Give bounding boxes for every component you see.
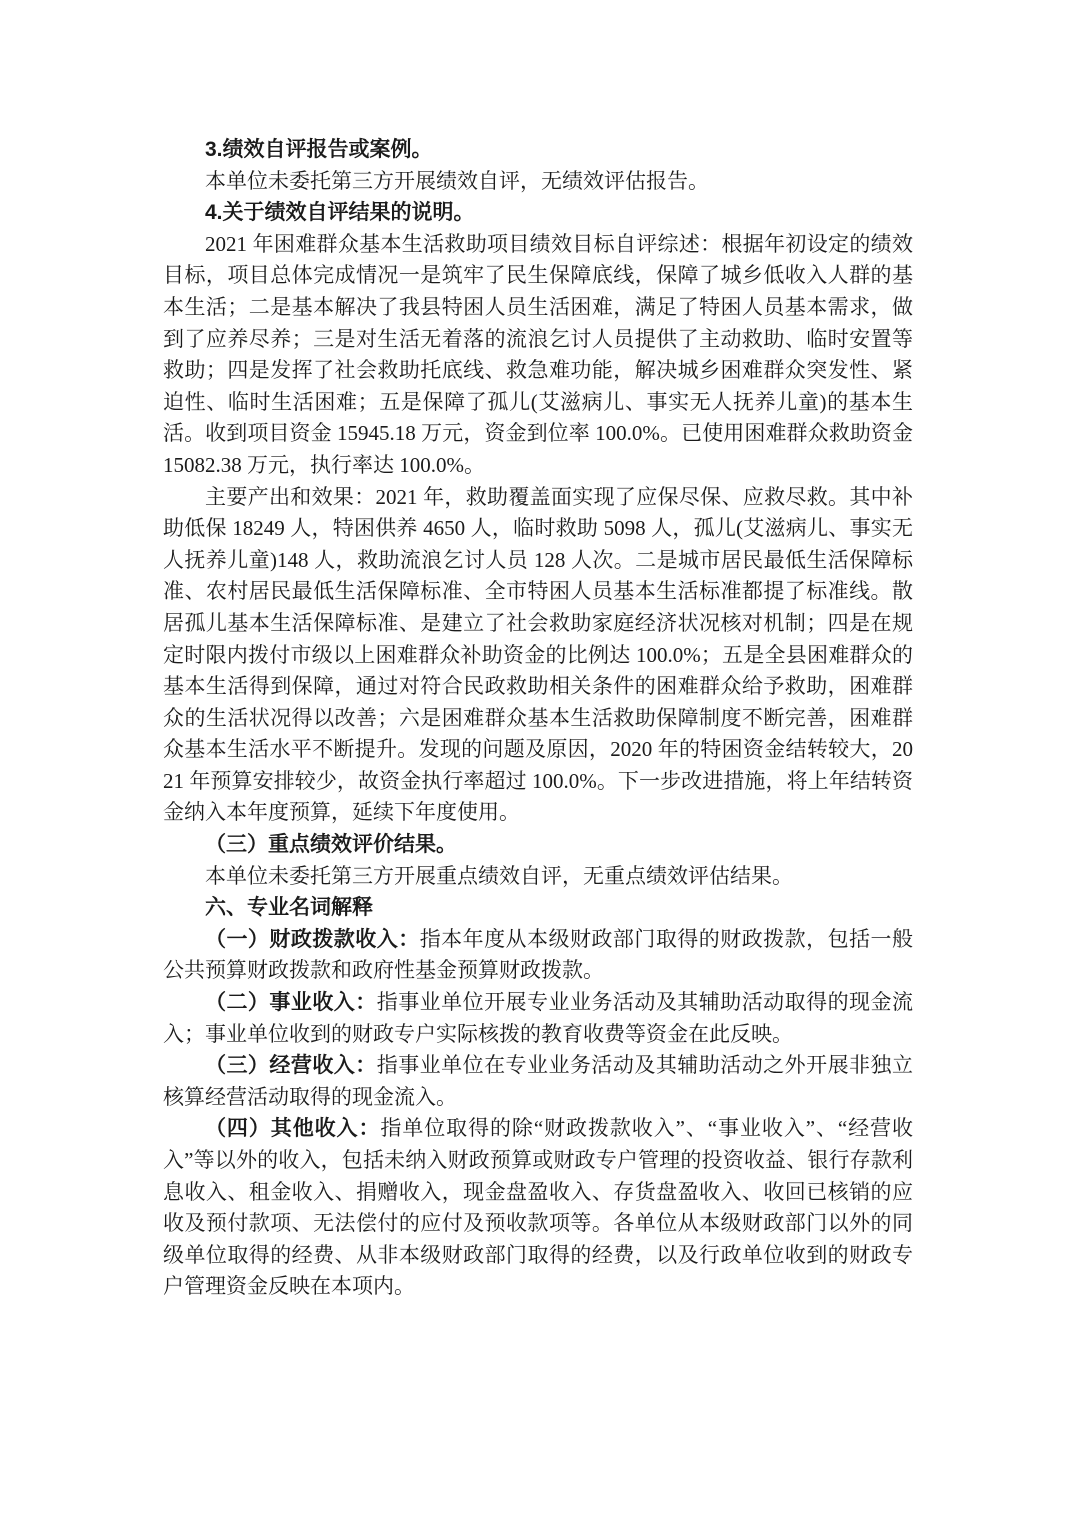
para-term-other-income: （四）其他收入：指单位取得的除“财政拨款收入”、“事业收入”、“经营收入”等以外… xyxy=(163,1113,913,1303)
para-key-performance-note: 本单位未委托第三方开展重点绩效自评，无重点绩效评估结果。 xyxy=(163,861,913,893)
term-label-fiscal-appropriation-income: （一）财政拨款收入： xyxy=(205,928,420,951)
heading-terms-glossary: 六、专业名词解释 xyxy=(163,892,913,924)
term-label-business-income: （二）事业收入： xyxy=(205,991,377,1014)
para-term-fiscal-appropriation-income: （一）财政拨款收入：指本年度从本级财政部门取得的财政拨款，包括一般公共预算财政拨… xyxy=(163,924,913,987)
term-definition-other-income: 指单位取得的除“财政拨款收入”、“事业收入”、“经营收入”等以外的收入，包括未纳… xyxy=(163,1116,913,1298)
heading-self-eval-result-note: 4.关于绩效自评结果的说明。 xyxy=(163,197,913,229)
term-label-operating-income: （三）经营收入： xyxy=(205,1054,377,1077)
para-term-business-income: （二）事业收入：指事业单位开展专业业务活动及其辅助活动取得的现金流入；事业单位收… xyxy=(163,987,913,1050)
heading-key-performance-result: （三）重点绩效评价结果。 xyxy=(163,829,913,861)
term-label-other-income: （四）其他收入： xyxy=(205,1117,380,1140)
document-page: 3.绩效自评报告或案例。 本单位未委托第三方开展绩效自评，无绩效评估报告。 4.… xyxy=(0,0,1074,1520)
heading-self-eval-report: 3.绩效自评报告或案例。 xyxy=(163,134,913,166)
para-term-operating-income: （三）经营收入：指事业单位在专业业务活动及其辅助活动之外开展非独立核算经营活动取… xyxy=(163,1050,913,1113)
document-body: 3.绩效自评报告或案例。 本单位未委托第三方开展绩效自评，无绩效评估报告。 4.… xyxy=(163,134,913,1303)
para-self-eval-report-note: 本单位未委托第三方开展绩效自评，无绩效评估报告。 xyxy=(163,166,913,198)
para-self-eval-summary: 2021 年困难群众基本生活救助项目绩效目标自评综述：根据年初设定的绩效目标，项… xyxy=(163,229,913,482)
para-output-and-effect: 主要产出和效果：2021 年，救助覆盖面实现了应保尽保、应救尽救。其中补助低保 … xyxy=(163,482,913,830)
